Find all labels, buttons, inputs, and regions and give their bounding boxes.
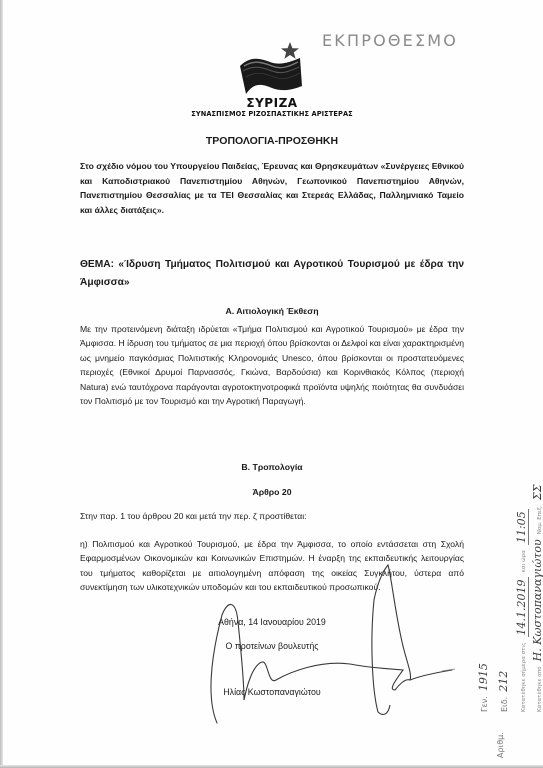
article-heading: Άρθρο 20	[80, 487, 464, 497]
section-a-text: Με την προτεινόμενη διάταξη ιδρύεται «Τμ…	[80, 322, 464, 408]
stamp-filed-by: Η. Κωστοπαναγιώτου	[531, 539, 543, 661]
proposer-name: Ηλίας Κωστοπαναγιώτου	[80, 687, 464, 697]
stamp-initials: ΣΣ	[531, 485, 543, 501]
section-a-heading: Α. Αιτιολογική Έκθεση	[80, 306, 464, 316]
party-full-name: ΣΥΝΑΣΠΙΣΜΟΣ ΡΙΖΟΣΠΑΣΤΙΚΗΣ ΑΡΙΣΤΕΡΑΣ	[178, 109, 366, 118]
amendment-lead: Στην παρ. 1 του άρθρου 20 και μετά την π…	[80, 509, 464, 523]
amendment-text: η) Πολιτισμού και Αγροτικού Τουρισμού, μ…	[80, 537, 464, 595]
party-name: ΣΥΡΙΖΑ	[240, 96, 304, 110]
place-date: Αθήνα, 14 Ιανουαρίου 2019	[80, 617, 464, 627]
stamp-special-number: 212	[497, 671, 510, 692]
stamp-number-label: Αριθμ.	[496, 732, 505, 758]
document-title: ΤΡΟΠΟΛΟΓΙΑ-ΠΡΟΣΘΗΚΗ	[80, 135, 464, 147]
document-subject: ΘΕΜΑ: «Ίδρυση Τμήματος Πολιτισμού και Αγ…	[80, 256, 464, 291]
scan-edge-left	[0, 0, 3, 768]
stamp-clerk-label: Νομ. Επεξ.	[537, 505, 543, 534]
stamp-general-number: 1915	[477, 663, 490, 691]
section-b-heading: Β. Τροπολογία	[80, 462, 464, 472]
stamp-special-label: Ειδ.	[500, 697, 509, 712]
stamp-filed-by-label: Κατατέθηκε από	[537, 666, 543, 712]
proposer-role: Ο προτείνων βουλευτής	[80, 641, 464, 651]
bill-description: Στο σχέδιο νόμου του Υπουργείου Παιδείας…	[80, 159, 464, 217]
stamp-general-label: Γεν.	[480, 696, 489, 712]
document-page: ΣΥΡΙΖΑ ΣΥΝΑΣΠΙΣΜΟΣ ΡΙΖΟΣΠΑΣΤΙΚΗΣ ΑΡΙΣΤΕΡ…	[0, 0, 543, 768]
office-stamp-label: ΕΚΠΡΟΘΕΣΜΟ	[322, 31, 458, 50]
parliament-receipt-stamp: Αριθμ. Γεν. 1915 Ειδ. 212 Κατατέθηκε σήμ…	[452, 450, 540, 768]
